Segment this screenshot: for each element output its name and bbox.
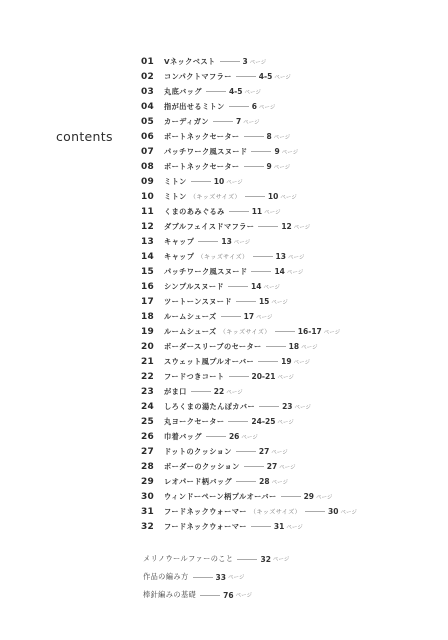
entry-title: ドットのクッション — [164, 447, 232, 457]
contents-heading: contents — [56, 129, 113, 144]
extra-entry[interactable]: メリノウールファーのこと32ページ — [143, 550, 289, 568]
page-unit: ページ — [228, 573, 244, 581]
entry-page: 7 — [236, 117, 241, 126]
page-unit: ページ — [340, 508, 356, 516]
entry-title: ボートネックセーター — [164, 132, 240, 142]
leader-line — [253, 256, 273, 257]
page-unit: ページ — [234, 238, 250, 246]
toc-entry[interactable]: 02コンパクトマフラー4-5ページ — [141, 69, 357, 84]
entry-title: ルームシューズ — [164, 312, 217, 322]
entry-page: 27 — [267, 462, 277, 471]
entry-title: カーディガン — [164, 117, 209, 127]
page-unit: ページ — [272, 478, 288, 486]
entry-number: 21 — [141, 357, 158, 367]
page-unit: ページ — [294, 223, 310, 231]
page-unit: ページ — [271, 448, 287, 456]
entry-title: 丸底バッグ — [164, 87, 202, 97]
entry-page: 16-17 — [298, 327, 322, 336]
toc-entry[interactable]: 24しろくまの湯たんぽカバー23ページ — [141, 399, 357, 414]
page-unit: ページ — [241, 433, 257, 441]
entry-number: 13 — [141, 237, 158, 247]
toc-entry[interactable]: 01Vネックベスト3ページ — [141, 54, 357, 69]
entry-title: シンプルスヌード — [164, 282, 224, 292]
entry-number: 15 — [141, 267, 158, 277]
page-unit: ページ — [245, 88, 261, 96]
page-unit: ページ — [263, 283, 279, 291]
entry-title: フードつきコート — [164, 372, 225, 382]
entry-page: 3 — [243, 57, 248, 66]
page-unit: ページ — [282, 148, 298, 156]
entry-page: 29 — [304, 492, 314, 501]
toc-entry[interactable]: 32フードネックウォーマー31ページ — [141, 519, 357, 534]
extra-page: 32 — [260, 555, 270, 564]
toc-entry[interactable]: 18ルームシューズ17ページ — [141, 309, 357, 324]
leader-line — [258, 361, 278, 362]
leader-line — [198, 241, 218, 242]
leader-line — [236, 481, 256, 482]
leader-line — [258, 226, 278, 227]
leader-line — [251, 271, 271, 272]
entry-number: 20 — [141, 342, 158, 352]
toc-entry[interactable]: 29レオパード柄バッグ28ページ — [141, 474, 357, 489]
entry-title: しろくまの湯たんぽカバー — [164, 402, 255, 412]
toc-entry[interactable]: 07パッチワーク風スヌード9ページ — [141, 144, 357, 159]
leader-line — [193, 577, 213, 578]
toc-entry[interactable]: 03丸底バッグ4-5ページ — [141, 84, 357, 99]
toc-list: 01Vネックベスト3ページ02コンパクトマフラー4-5ページ03丸底バッグ4-5… — [141, 54, 357, 534]
leader-line — [229, 211, 249, 212]
toc-entry[interactable]: 28ボーダーのクッション27ページ — [141, 459, 357, 474]
toc-entry[interactable]: 14キャップ（キッズサイズ）13ページ — [141, 249, 357, 264]
entry-title: ダブルフェイスドマフラー — [164, 222, 254, 232]
page-unit: ページ — [250, 58, 266, 66]
toc-entry[interactable]: 04指が出せるミトン6ページ — [141, 99, 357, 114]
toc-entry[interactable]: 19ルームシューズ（キッズサイズ）16-17ページ — [141, 324, 357, 339]
entry-title: フードネックウォーマー — [164, 522, 247, 532]
extra-title: 棒針編みの基礎 — [143, 590, 196, 600]
entry-page: 6 — [252, 102, 257, 111]
entry-number: 04 — [141, 102, 158, 112]
entry-page: 10 — [214, 177, 224, 186]
leader-line — [244, 466, 264, 467]
leader-line — [244, 166, 264, 167]
entry-page: 30 — [328, 507, 338, 516]
entry-number: 09 — [141, 177, 158, 187]
entry-title: がま口 — [164, 387, 187, 397]
toc-entry[interactable]: 21スウェット風プルオーバー19ページ — [141, 354, 357, 369]
entry-title: コンパクトマフラー — [164, 72, 232, 82]
entry-title: ツートーンスヌード — [164, 297, 232, 307]
page-unit: ページ — [301, 343, 317, 351]
toc-entry[interactable]: 31フードネックウォーマー（キッズサイズ）30ページ — [141, 504, 357, 519]
entry-page: 26 — [229, 432, 239, 441]
extra-title: メリノウールファーのこと — [143, 554, 233, 564]
leader-line — [251, 526, 271, 527]
toc-entry[interactable]: 26巾着バッグ26ページ — [141, 429, 357, 444]
entry-title: 巾着バッグ — [164, 432, 202, 442]
entry-title: キャップ — [164, 252, 194, 262]
entry-title: ウィンドーペーン柄プルオーバー — [164, 492, 277, 502]
entry-page: 8 — [267, 132, 272, 141]
leader-line — [251, 151, 271, 152]
extra-page: 33 — [216, 573, 226, 582]
leader-line — [236, 76, 256, 77]
page-unit: ページ — [295, 403, 311, 411]
leader-line — [228, 286, 248, 287]
toc-entry[interactable]: 08ボートネックセーター9ページ — [141, 159, 357, 174]
entry-number: 02 — [141, 72, 158, 82]
leader-line — [236, 301, 256, 302]
entry-number: 26 — [141, 432, 158, 442]
entry-title: ミトン — [164, 177, 187, 187]
leader-line — [266, 346, 286, 347]
entry-page: 13 — [221, 237, 231, 246]
page-unit: ページ — [226, 178, 242, 186]
page-unit: ページ — [256, 313, 272, 321]
entry-page: 14 — [251, 282, 261, 291]
entry-page: 9 — [274, 147, 279, 156]
entry-number: 32 — [141, 522, 158, 532]
entry-number: 19 — [141, 327, 158, 337]
entry-page: 10 — [268, 192, 278, 201]
entry-title: ボーダースリーブのセーター — [164, 342, 262, 352]
entry-page: 19 — [281, 357, 291, 366]
toc-entry[interactable]: 06ボートネックセーター8ページ — [141, 129, 357, 144]
leader-line — [213, 121, 233, 122]
entry-title: フードネックウォーマー — [164, 507, 247, 517]
leader-line — [236, 451, 256, 452]
entry-title: Vネックベスト — [164, 57, 216, 67]
entry-title: ボーダーのクッション — [164, 462, 240, 472]
entry-title: レオパード柄バッグ — [164, 477, 232, 487]
entry-number: 10 — [141, 192, 158, 202]
entry-note: （キッズサイズ） — [197, 252, 248, 261]
entry-page: 27 — [259, 447, 269, 456]
entry-number: 28 — [141, 462, 158, 472]
leader-line — [305, 511, 325, 512]
toc-entry[interactable]: 25丸ヨークセーター24-25ページ — [141, 414, 357, 429]
toc-entry[interactable]: 13キャップ13ページ — [141, 234, 357, 249]
page-unit: ページ — [236, 591, 252, 599]
page-unit: ページ — [286, 523, 302, 531]
entry-page: 14 — [274, 267, 284, 276]
page-unit: ページ — [259, 103, 275, 111]
toc-entry[interactable]: 05カーディガン7ページ — [141, 114, 357, 129]
entry-number: 06 — [141, 132, 158, 142]
entry-note: （キッズサイズ） — [220, 327, 271, 336]
leader-line — [237, 559, 257, 560]
toc-entry[interactable]: 20ボーダースリーブのセーター18ページ — [141, 339, 357, 354]
entry-page: 31 — [274, 522, 284, 531]
toc-entry[interactable]: 27ドットのクッション27ページ — [141, 444, 357, 459]
entry-title: パッチワーク風スヌード — [164, 147, 247, 157]
entry-number: 17 — [141, 297, 158, 307]
leader-line — [275, 331, 295, 332]
entry-number: 14 — [141, 252, 158, 262]
page-unit: ページ — [264, 208, 280, 216]
entry-number: 03 — [141, 87, 158, 97]
entry-number: 18 — [141, 312, 158, 322]
toc-entry[interactable]: 16シンプルスヌード14ページ — [141, 279, 357, 294]
entry-number: 11 — [141, 207, 158, 217]
entry-page: 20-21 — [252, 372, 276, 381]
entry-title: くまのあみぐるみ — [164, 207, 225, 217]
leader-line — [229, 376, 249, 377]
leader-line — [200, 595, 220, 596]
toc-entry[interactable]: 11くまのあみぐるみ11ページ — [141, 204, 357, 219]
entry-number: 25 — [141, 417, 158, 427]
entry-page: 22 — [214, 387, 224, 396]
page-unit: ページ — [271, 298, 287, 306]
page-unit: ページ — [279, 463, 295, 471]
toc-extras: メリノウールファーのこと32ページ作品の編み方33ページ棒針編みの基礎76ページ — [143, 550, 289, 604]
entry-page: 12 — [281, 222, 291, 231]
entry-title: パッチワーク風スヌード — [164, 267, 247, 277]
entry-title: 丸ヨークセーター — [164, 417, 224, 427]
page-unit: ページ — [287, 268, 303, 276]
leader-line — [244, 136, 264, 137]
page-unit: ページ — [324, 328, 340, 336]
toc-entry[interactable]: 30ウィンドーペーン柄プルオーバー29ページ — [141, 489, 357, 504]
page-unit: ページ — [278, 373, 294, 381]
entry-title: ルームシューズ — [164, 327, 217, 337]
entry-page: 4-5 — [259, 72, 273, 81]
entry-page: 17 — [244, 312, 254, 321]
entry-number: 16 — [141, 282, 158, 292]
extra-entry[interactable]: 棒針編みの基礎76ページ — [143, 586, 289, 604]
entry-note: （キッズサイズ） — [190, 192, 241, 201]
entry-title: スウェット風プルオーバー — [164, 357, 254, 367]
entry-page: 15 — [259, 297, 269, 306]
leader-line — [228, 421, 248, 422]
entry-number: 24 — [141, 402, 158, 412]
page-unit: ページ — [316, 493, 332, 501]
entry-page: 4-5 — [229, 87, 243, 96]
leader-line — [191, 391, 211, 392]
entry-page: 13 — [276, 252, 286, 261]
entry-page: 28 — [259, 477, 269, 486]
page-unit: ページ — [294, 358, 310, 366]
entry-title: ボートネックセーター — [164, 162, 240, 172]
leader-line — [220, 61, 240, 62]
entry-number: 30 — [141, 492, 158, 502]
entry-title: 指が出せるミトン — [164, 102, 225, 112]
entry-title: ミトン — [164, 192, 187, 202]
entry-page: 18 — [289, 342, 299, 351]
page-unit: ページ — [273, 555, 289, 563]
page-unit: ページ — [277, 418, 293, 426]
leader-line — [206, 91, 226, 92]
entry-number: 27 — [141, 447, 158, 457]
entry-number: 23 — [141, 387, 158, 397]
entry-number: 31 — [141, 507, 158, 517]
toc-entry[interactable]: 22フードつきコート20-21ページ — [141, 369, 357, 384]
entry-number: 01 — [141, 57, 158, 67]
entry-note: （キッズサイズ） — [250, 507, 301, 516]
entry-number: 05 — [141, 117, 158, 127]
leader-line — [221, 316, 241, 317]
toc-entry[interactable]: 09ミトン10ページ — [141, 174, 357, 189]
toc-entry[interactable]: 17ツートーンスヌード15ページ — [141, 294, 357, 309]
leader-line — [191, 181, 211, 182]
page-unit: ページ — [274, 73, 290, 81]
leader-line — [206, 436, 226, 437]
entry-number: 08 — [141, 162, 158, 172]
entry-page: 23 — [282, 402, 292, 411]
page-unit: ページ — [274, 163, 290, 171]
extra-page: 76 — [223, 591, 233, 600]
extra-entry[interactable]: 作品の編み方33ページ — [143, 568, 289, 586]
entry-page: 9 — [267, 162, 272, 171]
toc-entry[interactable]: 12ダブルフェイスドマフラー12ページ — [141, 219, 357, 234]
entry-number: 29 — [141, 477, 158, 487]
page-unit: ページ — [243, 118, 259, 126]
leader-line — [229, 106, 249, 107]
leader-line — [259, 406, 279, 407]
entry-title: キャップ — [164, 237, 194, 247]
page-unit: ページ — [288, 253, 304, 261]
entry-number: 07 — [141, 147, 158, 157]
extra-title: 作品の編み方 — [143, 572, 189, 582]
page-unit: ページ — [280, 193, 296, 201]
toc-entry[interactable]: 15パッチワーク風スヌード14ページ — [141, 264, 357, 279]
entry-number: 22 — [141, 372, 158, 382]
leader-line — [281, 496, 301, 497]
page-unit: ページ — [226, 388, 242, 396]
entry-page: 11 — [252, 207, 262, 216]
toc-entry[interactable]: 23がま口22ページ — [141, 384, 357, 399]
page-unit: ページ — [274, 133, 290, 141]
entry-page: 24-25 — [251, 417, 275, 426]
toc-entry[interactable]: 10ミトン（キッズサイズ）10ページ — [141, 189, 357, 204]
entry-number: 12 — [141, 222, 158, 232]
leader-line — [245, 196, 265, 197]
